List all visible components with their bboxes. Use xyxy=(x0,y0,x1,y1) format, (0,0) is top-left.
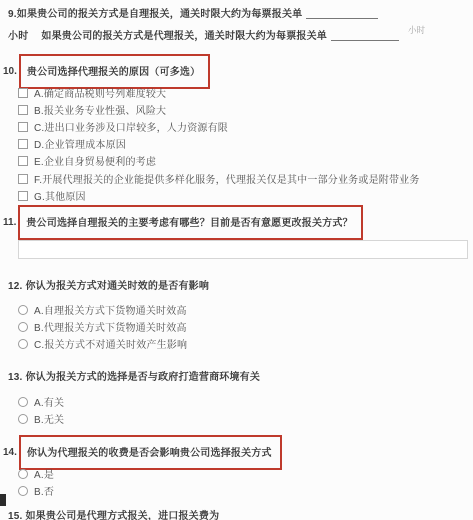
question-10-row: 10. 贵公司选择代理报关的原因（可多选） xyxy=(3,54,210,89)
q10-option-b[interactable]: B.报关业务专业性强、风险大 xyxy=(18,102,166,117)
option-label: B.代理报关方式下货物通关时效高 xyxy=(34,319,187,334)
question-14-row: 14. 你认为代理报关的收费是否会影响贵公司选择报关方式 xyxy=(3,435,282,470)
option-label: A.是 xyxy=(34,466,54,481)
q13-option-a[interactable]: A.有关 xyxy=(18,394,64,409)
option-label: G.其他原因 xyxy=(34,188,86,203)
q11-answer-input[interactable] xyxy=(18,240,468,259)
question-10-number: 10. xyxy=(3,66,17,77)
radio-icon[interactable] xyxy=(18,469,28,479)
question-11-row: 11. 贵公司选择自理报关的主要考虑有哪些？目前是否有意愿更改报关方式？ xyxy=(3,205,363,240)
q10-option-a[interactable]: A.确定商品税则号列难度较大 xyxy=(18,85,166,100)
checkbox-icon[interactable] xyxy=(18,122,28,132)
question-11-number: 11. xyxy=(3,217,16,228)
checkbox-icon[interactable] xyxy=(18,191,28,201)
option-label: C.报关方式不对通关时效产生影响 xyxy=(34,336,187,351)
q12-option-c[interactable]: C.报关方式不对通关时效产生影响 xyxy=(18,336,187,351)
checkbox-icon[interactable] xyxy=(18,105,28,115)
question-12-row: 12. 你认为报关方式对通关时效的是否有影响 xyxy=(8,277,209,292)
option-label: A.有关 xyxy=(34,394,64,409)
q10-option-d[interactable]: D.企业管理成本原因 xyxy=(18,136,126,151)
q12-option-a[interactable]: A.自理报关方式下货物通关时效高 xyxy=(18,302,187,317)
option-label: B.无关 xyxy=(34,411,64,426)
highlight-box-q10: 贵公司选择代理报关的原因（可多选） xyxy=(19,54,210,89)
question-15-row: 15. 如果贵公司是代理方式报关，进口报关费为 xyxy=(8,507,219,520)
question-13-title: 13. 你认为报关方式的选择是否与政府打造营商环境有关 xyxy=(8,368,260,383)
highlight-box-q11: 贵公司选择自理报关的主要考虑有哪些？目前是否有意愿更改报关方式？ xyxy=(18,205,362,240)
question-11-title: 贵公司选择自理报关的主要考虑有哪些？目前是否有意愿更改报关方式？ xyxy=(26,218,352,229)
q10-option-e[interactable]: E.企业自身贸易便利的考虑 xyxy=(18,153,156,168)
question-12-title: 12. 你认为报关方式对通关时效的是否有影响 xyxy=(8,277,209,292)
question-9-line-1: 9.如果贵公司的报关方式是自理报关，通关时限大约为每票报关单 xyxy=(8,5,378,20)
q10-option-g[interactable]: G.其他原因 xyxy=(18,188,86,203)
checkbox-icon[interactable] xyxy=(18,174,28,184)
q14-option-b[interactable]: B.否 xyxy=(18,483,54,498)
question-14-title: 你认为代理报关的收费是否会影响贵公司选择报关方式 xyxy=(27,448,272,459)
checkbox-icon[interactable] xyxy=(18,88,28,98)
question-9-line-2: 小时 如果贵公司的报关方式是代理报关，通关时限大约为每票报关单 小时 xyxy=(8,27,425,42)
q12-option-b[interactable]: B.代理报关方式下货物通关时效高 xyxy=(18,319,187,334)
radio-icon[interactable] xyxy=(18,305,28,315)
q10-option-f[interactable]: F.开展代理报关的企业能提供多样化服务，代理报关仅是其中一部分业务或是附带业务 xyxy=(18,171,420,186)
option-label: E.企业自身贸易便利的考虑 xyxy=(34,153,156,168)
option-label: A.确定商品税则号列难度较大 xyxy=(34,85,166,100)
option-label: C.进出口业务涉及口岸较多，人力资源有限 xyxy=(34,119,228,134)
question-9-unit-suffix: 小时 xyxy=(408,24,425,36)
question-9-text-1: 9.如果贵公司的报关方式是自理报关，通关时限大约为每票报关单 xyxy=(8,5,302,20)
question-15-title: 15. 如果贵公司是代理方式报关，进口报关费为 xyxy=(8,507,219,520)
radio-icon[interactable] xyxy=(18,397,28,407)
question-14-number: 14. xyxy=(3,447,17,458)
option-label: A.自理报关方式下货物通关时效高 xyxy=(34,302,187,317)
radio-icon[interactable] xyxy=(18,414,28,424)
q10-option-c[interactable]: C.进出口业务涉及口岸较多，人力资源有限 xyxy=(18,119,228,134)
q14-option-a[interactable]: A.是 xyxy=(18,466,54,481)
question-9-unit-prefix: 小时 xyxy=(8,27,28,42)
q13-option-b[interactable]: B.无关 xyxy=(18,411,64,426)
option-label: F.开展代理报关的企业能提供多样化服务，代理报关仅是其中一部分业务或是附带业务 xyxy=(34,171,420,186)
radio-icon[interactable] xyxy=(18,339,28,349)
question-10-title: 贵公司选择代理报关的原因（可多选） xyxy=(27,67,200,78)
option-label: B.否 xyxy=(34,483,54,498)
checkbox-icon[interactable] xyxy=(18,156,28,166)
cropped-edge-artifact xyxy=(0,494,6,506)
checkbox-icon[interactable] xyxy=(18,139,28,149)
option-label: B.报关业务专业性强、风险大 xyxy=(34,102,166,117)
radio-icon[interactable] xyxy=(18,486,28,496)
highlight-box-q14: 你认为代理报关的收费是否会影响贵公司选择报关方式 xyxy=(19,435,282,470)
question-13-row: 13. 你认为报关方式的选择是否与政府打造营商环境有关 xyxy=(8,368,260,383)
radio-icon[interactable] xyxy=(18,322,28,332)
option-label: D.企业管理成本原因 xyxy=(34,136,126,151)
fill-blank-underline xyxy=(331,29,399,41)
question-9-text-2: 如果贵公司的报关方式是代理报关，通关时限大约为每票报关单 xyxy=(41,27,327,42)
fill-blank-underline xyxy=(306,7,378,19)
